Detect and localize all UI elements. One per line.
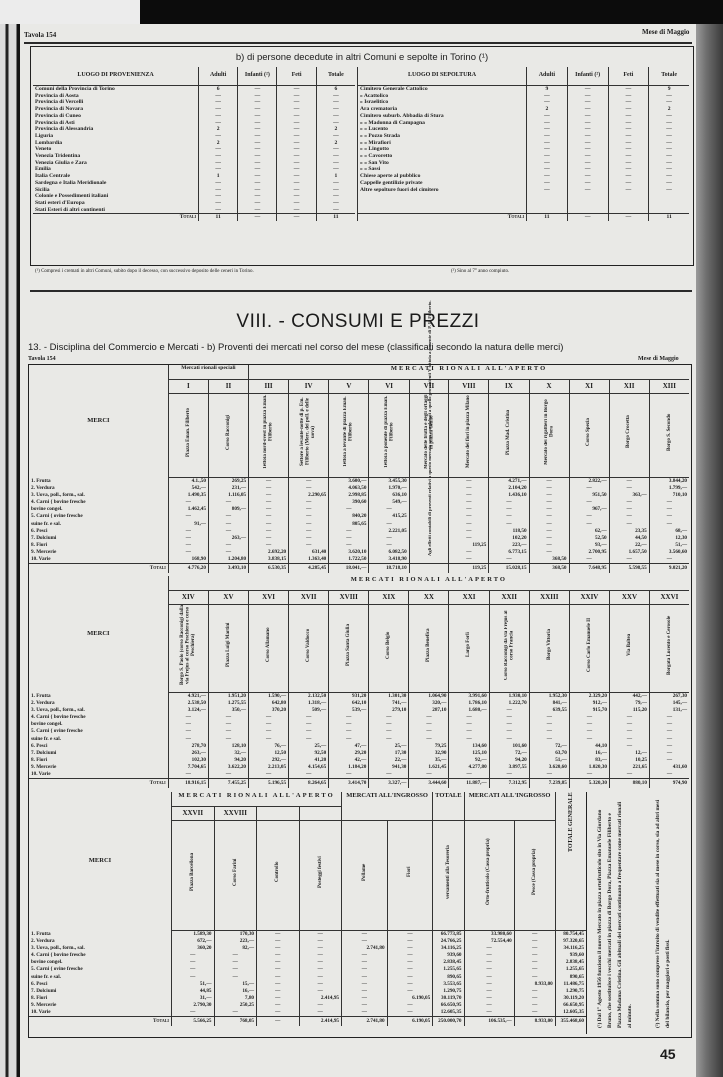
market-number: XXIV xyxy=(570,591,609,605)
cell-value: 134,60 xyxy=(449,743,489,750)
cell-value: — xyxy=(316,187,355,194)
cell-value: — xyxy=(289,528,329,535)
cell-value: 22,— xyxy=(609,542,649,549)
provenance-table: LUOGO DI PROVENIENZA Adulti Infanti (²) … xyxy=(33,67,355,221)
cell-value: 94,20 xyxy=(208,757,248,764)
row-label: Stati Esteri di altri continenti xyxy=(33,207,199,214)
table-row: 9. Mercerie——2.692,20631,403.620,106.082… xyxy=(29,549,689,556)
total-value: 368,50 xyxy=(529,564,569,574)
cell-value: — xyxy=(609,743,649,750)
table-row: Altre sepolture fuori del cimitero———— xyxy=(358,187,690,194)
cell-value: — xyxy=(299,1009,342,1017)
col-feti: Feti xyxy=(277,67,316,86)
cell-value: — xyxy=(529,492,569,499)
cell-value: — xyxy=(609,478,649,486)
market-name: Borgata Lucento e Cerosole xyxy=(667,605,673,685)
market-name: Pollame xyxy=(362,821,368,923)
cell-value: — xyxy=(609,736,649,743)
cell-value: — xyxy=(342,1009,388,1017)
cell-value: 890,65 xyxy=(433,974,464,981)
market-name: Corso Allamano xyxy=(266,605,272,685)
cell-value: 9 xyxy=(649,86,689,93)
cell-value: — xyxy=(567,133,608,140)
cell-value: 3.455,30 xyxy=(369,478,409,486)
table-row: » » Lingotto———— xyxy=(358,146,690,153)
cell-value: 1.590,— xyxy=(249,693,289,701)
cell-value: 2.538,50 xyxy=(168,700,208,707)
cell-value: — xyxy=(257,995,300,1002)
cell-value: — xyxy=(316,153,355,160)
cell-value: — xyxy=(649,556,689,564)
cell-value: — xyxy=(527,166,568,173)
cell-value: — xyxy=(608,99,649,106)
table-row: 4. Carni { bovine fresche————————————— xyxy=(29,714,689,721)
cell-value: — xyxy=(277,187,316,194)
totals-row: Totali5.566,25768,05—2.414,952.741,806.1… xyxy=(29,1017,586,1027)
totals-row: Totali11——11 xyxy=(358,214,690,221)
row-label: » » Pozzo Strada xyxy=(358,133,527,140)
cell-value: — xyxy=(329,542,369,549)
cell-value: — xyxy=(514,966,555,973)
table-row: 3. Uova, poll., form., sal.360,2082,———2… xyxy=(29,945,586,952)
total-value: 11 xyxy=(649,214,689,221)
cell-value: 1 xyxy=(199,173,238,180)
cell-value: — xyxy=(649,750,689,757)
cell-value: — xyxy=(208,513,248,520)
row-label: Venezia Tridentina xyxy=(33,153,199,160)
cell-value: — xyxy=(649,99,689,106)
cell-value: — xyxy=(208,499,248,506)
cell-value: — xyxy=(649,187,689,194)
cell-value: — xyxy=(238,113,277,120)
merci-label: 9. Mercerie xyxy=(29,1002,172,1009)
cell-value: — xyxy=(299,1002,342,1009)
merci-label: 3. Uova, poll., form., sal. xyxy=(29,492,168,499)
market-number: II xyxy=(209,380,248,394)
cell-value: — xyxy=(608,160,649,167)
table-row: 7. Dolciumi—263,——————102,20—52,5044,501… xyxy=(29,535,689,542)
cell-value: — xyxy=(649,173,689,180)
cell-value: 119,25 xyxy=(449,542,489,549)
row-label: » » Cavoretto xyxy=(358,153,527,160)
cell-value: — xyxy=(238,93,277,100)
cell-value: — xyxy=(387,974,433,981)
cell-value: 10,25 xyxy=(609,757,649,764)
row-label: Provincia di Novara xyxy=(33,106,199,113)
market-name: Piazza Luigi Martini xyxy=(226,605,232,685)
cell-value: — xyxy=(238,106,277,113)
market-name: Piazza Santa Giulia xyxy=(346,605,352,685)
cell-value: — xyxy=(199,99,238,106)
table-row: bovine congel.1.462,45809,————————967,——… xyxy=(29,506,689,513)
cell-value: — xyxy=(289,506,329,513)
row-label: Stati esteri d'Europa xyxy=(33,200,199,207)
cell-value: 841,— xyxy=(529,700,569,707)
cell-value: 360,20 xyxy=(172,945,215,952)
cell-value: — xyxy=(277,200,316,207)
market-number: XIII xyxy=(650,380,689,394)
cell-value: — xyxy=(649,743,689,750)
cell-value: — xyxy=(569,485,609,492)
merci-label: 1. Frutta xyxy=(29,693,168,701)
cell-value: 115,20 xyxy=(609,707,649,714)
cell-value: — xyxy=(608,187,649,194)
side-notes: (¹) Dal 1° Agosto 1956 funziona il nuovo… xyxy=(586,792,689,1034)
cell-value: 368,50 xyxy=(529,556,569,564)
cell-value: — xyxy=(608,153,649,160)
table-row: Sardegna e Italia Meridionale———— xyxy=(33,180,355,187)
cell-value: 131,— xyxy=(649,707,689,714)
cell-value: — xyxy=(342,995,388,1002)
cell-value: 805,65 xyxy=(329,521,369,528)
cell-value: 6.082,50 xyxy=(369,549,409,556)
cell-value: — xyxy=(569,771,609,779)
cell-value: — xyxy=(316,166,355,173)
cell-value: — xyxy=(569,714,609,721)
row-label: Ara crematoria xyxy=(358,106,527,113)
cell-value: — xyxy=(449,736,489,743)
cell-value: — xyxy=(369,728,409,735)
cell-value: — xyxy=(449,714,489,721)
market-table-3: MERCIMERCATI RIONALI ALL'APERTOMERCATI A… xyxy=(29,792,589,1026)
cell-value: — xyxy=(409,714,449,721)
cell-value: — xyxy=(369,542,409,549)
cell-value: — xyxy=(387,1009,433,1017)
cell-value: — xyxy=(208,714,248,721)
cell-value: — xyxy=(514,952,555,959)
cell-value: — xyxy=(238,166,277,173)
table-row: 10. Varie————————————— xyxy=(29,771,689,779)
total-value: 8.264,65 xyxy=(289,779,329,789)
market-name: Borgo Crocetta xyxy=(626,394,632,470)
cell-value: — xyxy=(567,140,608,147)
total-value: 4.285,45 xyxy=(289,564,329,574)
merci-label: 4. Carni { bovine fresche xyxy=(29,714,168,721)
section-subtitle: 13. - Disciplina del Commercio e Mercati… xyxy=(28,342,563,353)
row-label: Provincia di Alessandria xyxy=(33,126,199,133)
cell-value: 2.700,95 xyxy=(569,549,609,556)
cell-value: — xyxy=(529,721,569,728)
cell-value: — xyxy=(257,938,300,945)
cell-value: 941,30 xyxy=(369,764,409,771)
cell-value: — xyxy=(449,521,489,528)
cell-value: 3.620,60 xyxy=(529,764,569,771)
merci-label: 5. Carni { ovine fresche xyxy=(29,966,172,973)
totals-row: Totali11——11 xyxy=(33,214,355,221)
cell-value: — xyxy=(529,542,569,549)
footnote-2: (²) Sino al 7° anno compiuto. xyxy=(451,269,509,274)
cell-value: — xyxy=(609,521,649,528)
cell-value: — xyxy=(369,506,409,513)
table-row: 3. Uova, poll., form., sal.1.490,351.116… xyxy=(29,492,689,499)
cell-value: — xyxy=(608,133,649,140)
total-value: 4.776,20 xyxy=(168,564,208,574)
table-row: » » Cavoretto———— xyxy=(358,153,690,160)
total-value: 7.239,85 xyxy=(529,779,569,789)
cell-value: 68,— xyxy=(649,528,689,535)
cell-value: — xyxy=(249,506,289,513)
cell-value: — xyxy=(387,952,433,959)
cell-value: — xyxy=(449,528,489,535)
cell-value: — xyxy=(249,521,289,528)
total-value: 5.566,25 xyxy=(172,1017,215,1027)
cell-value: 29,20 xyxy=(329,750,369,757)
table-row: Provincia di Aosta———— xyxy=(33,93,355,100)
cell-value: — xyxy=(168,728,208,735)
market-name: Posteggi festivi xyxy=(318,821,324,923)
cell-value: — xyxy=(299,938,342,945)
cell-value: — xyxy=(464,966,514,973)
cell-value: — xyxy=(329,506,369,513)
cell-value: — xyxy=(369,714,409,721)
cell-value: 350,— xyxy=(208,707,248,714)
section-title: VIII. - CONSUMI E PREZZI xyxy=(20,311,696,333)
totale-generale-header: TOTALE GENERALE xyxy=(568,792,575,852)
cell-value: 17,30 xyxy=(369,750,409,757)
cell-value: — xyxy=(289,721,329,728)
cell-value: — xyxy=(199,106,238,113)
cell-value: — xyxy=(369,535,409,542)
scan-left-binding xyxy=(0,24,20,1077)
cell-value: — xyxy=(299,945,342,952)
cell-value: — xyxy=(342,981,388,988)
cell-value: — xyxy=(649,771,689,779)
cell-value: 1.621,45 xyxy=(409,764,449,771)
market-name: Corso Carlo Emanuele II xyxy=(587,605,593,685)
merci-label: suine fr. e sal. xyxy=(29,521,168,528)
cell-value: 1.970,— xyxy=(369,485,409,492)
cell-value: 279,10 xyxy=(369,707,409,714)
cell-value: — xyxy=(249,535,289,542)
cell-value: 2 xyxy=(199,140,238,147)
total-value: — xyxy=(608,214,649,221)
cell-value: — xyxy=(649,146,689,153)
cell-value: — xyxy=(527,180,568,187)
burial-table-title: b) di persone decedute in altri Comuni e… xyxy=(31,52,693,63)
cell-value: — xyxy=(489,499,529,506)
total-value: 250.000,70 xyxy=(433,1017,464,1027)
market-number xyxy=(257,807,299,821)
cell-value: — xyxy=(527,120,568,127)
cell-value: — xyxy=(449,556,489,564)
cell-value: — xyxy=(257,959,300,966)
cell-value: 672,— xyxy=(172,938,215,945)
cell-value: — xyxy=(316,113,355,120)
market-name: Corso Belgio xyxy=(386,605,392,685)
cell-value: — xyxy=(249,528,289,535)
market-number: V xyxy=(329,380,368,394)
totals-label: Totali xyxy=(358,214,527,221)
cell-value: — xyxy=(449,506,489,513)
cell-value: — xyxy=(567,180,608,187)
totals-row: Totali4.776,203.493,106.530,354.285,4518… xyxy=(29,564,689,574)
cell-value: — xyxy=(449,728,489,735)
table-row: Cimitero Generale Cattolico9——9 xyxy=(358,86,690,93)
cell-value: — xyxy=(608,93,649,100)
market-number: XI xyxy=(570,380,609,394)
cell-value: 2.741,80 xyxy=(342,945,388,952)
row-label: Cimitero suburb. Abbadia di Stura xyxy=(358,113,527,120)
cell-value: 1.116,05 xyxy=(208,492,248,499)
cell-value: — xyxy=(238,160,277,167)
cell-value: — xyxy=(257,1002,300,1009)
cell-value: — xyxy=(199,180,238,187)
row-label: » » Lucento xyxy=(358,126,527,133)
row-label: » » Lingotto xyxy=(358,146,527,153)
cell-value: 415,25 xyxy=(369,513,409,520)
cell-value: — xyxy=(249,499,289,506)
cell-value: 263,— xyxy=(168,750,208,757)
cell-value: — xyxy=(527,187,568,194)
cell-value: — xyxy=(238,200,277,207)
cell-value: — xyxy=(608,86,649,93)
total-value: 18.041,— xyxy=(329,564,369,574)
market-number: XVI xyxy=(249,591,288,605)
cell-value: 41,20 xyxy=(289,757,329,764)
total-value: 3.414,70 xyxy=(329,779,369,789)
table-row: 7. Dolciumi263,—32,—12,5092,5029,2017,30… xyxy=(29,750,689,757)
cell-value: — xyxy=(249,542,289,549)
market-name: Borgo S. Paolo (corso Racconigi dalla vi… xyxy=(180,605,197,685)
table-row: » » Mirafiori———— xyxy=(358,140,690,147)
table-row: Lombardia2——2 xyxy=(33,140,355,147)
table-row: 10. Varie——————12.605,35——12.605,35 xyxy=(29,1009,586,1017)
cell-value: — xyxy=(527,99,568,106)
cell-value: — xyxy=(199,193,238,200)
merci-label: bovine congel. xyxy=(29,506,168,513)
cell-value: — xyxy=(316,200,355,207)
cell-value: 287,10 xyxy=(409,707,449,714)
cell-value: — xyxy=(567,106,608,113)
total-value: 11.887,— xyxy=(449,779,489,789)
total-value: 7.455,25 xyxy=(208,779,248,789)
cell-value: — xyxy=(277,160,316,167)
cell-value: 30.119,70 xyxy=(433,995,464,1002)
total-value: 11 xyxy=(199,214,238,221)
cell-value: — xyxy=(249,478,289,486)
market-name: Via Baltea xyxy=(627,605,633,685)
cell-value: 15,— xyxy=(214,981,257,988)
table-row: » » San Vito———— xyxy=(358,160,690,167)
col-adulti: Adulti xyxy=(527,67,568,86)
cell-value: 92,50 xyxy=(289,750,329,757)
cell-value: — xyxy=(316,93,355,100)
cell-value: 51,— xyxy=(649,542,689,549)
row-label: Provincia di Asti xyxy=(33,120,199,127)
cell-value: 631,40 xyxy=(289,549,329,556)
scan-top-margin xyxy=(0,0,723,24)
cell-value: — xyxy=(489,521,529,528)
cell-value: 93,— xyxy=(569,542,609,549)
market-name: Piazza Eman. Filiberto xyxy=(186,394,192,470)
cell-value: — xyxy=(527,153,568,160)
total-value: 2.741,80 xyxy=(342,1017,388,1027)
cell-value: — xyxy=(342,966,388,973)
cell-value: — xyxy=(529,549,569,556)
market-number: XXIII xyxy=(530,591,569,605)
table-row: suine fr. e sal.————————————— xyxy=(29,736,689,743)
market-name: Pesce (Cassa propria) xyxy=(532,821,538,923)
cell-value: 97.320,65 xyxy=(555,938,586,945)
cell-value: 1.930,10 xyxy=(489,693,529,701)
market-number: XXV xyxy=(610,591,649,605)
table-row: Provincia di Alessandria2——2 xyxy=(33,126,355,133)
table-row: 9. Mercerie7.704,653.622,202.213,054.154… xyxy=(29,764,689,771)
cell-value: — xyxy=(238,187,277,194)
row-label: Liguria xyxy=(33,133,199,140)
cell-value: — xyxy=(214,966,257,973)
cell-value: — xyxy=(257,1009,300,1017)
market-name: Piazza Benefica xyxy=(426,605,432,685)
cell-value: — xyxy=(527,133,568,140)
merci-header: MERCI xyxy=(29,365,168,478)
row-label: » » San Vito xyxy=(358,160,527,167)
cell-value: — xyxy=(609,714,649,721)
table-row: » Israelitico———— xyxy=(358,99,690,106)
cell-value: 22,— xyxy=(369,757,409,764)
total-value xyxy=(409,564,449,574)
cell-value: — xyxy=(567,86,608,93)
cell-value: — xyxy=(567,120,608,127)
cell-value: — xyxy=(527,140,568,147)
market-number: XVIII xyxy=(329,591,368,605)
cell-value: 102,30 xyxy=(168,757,208,764)
row-label: Provincia di Cuneo xyxy=(33,113,199,120)
market-number: XIX xyxy=(369,591,408,605)
market-name: Corso Farini xyxy=(233,821,239,923)
total-value: — xyxy=(277,214,316,221)
cell-value: — xyxy=(277,193,316,200)
cell-value: — xyxy=(529,528,569,535)
cell-value: — xyxy=(649,126,689,133)
cell-value: 3.600,— xyxy=(329,478,369,486)
cell-value: 4.921,— xyxy=(168,693,208,701)
cell-value: — xyxy=(199,166,238,173)
cell-value: 390,60 xyxy=(329,499,369,506)
cell-value: — xyxy=(464,952,514,959)
cell-value: 2.414,95 xyxy=(299,995,342,1002)
cell-value: — xyxy=(199,133,238,140)
merci-label: 9. Mercerie xyxy=(29,549,168,556)
burial-table: b) di persone decedute in altri Comuni e… xyxy=(30,46,694,266)
cell-value: — xyxy=(199,146,238,153)
table-row: 2. Verdura672,—223,—————24.766,2572.554,… xyxy=(29,938,586,945)
merci-label: 2. Verdura xyxy=(29,938,172,945)
merci-label: 6. Pesci xyxy=(29,528,168,535)
cell-value: — xyxy=(249,714,289,721)
cell-value: — xyxy=(449,771,489,779)
market-number: XVII xyxy=(289,591,328,605)
cell-value: 72,— xyxy=(529,743,569,750)
cell-value: — xyxy=(342,988,388,995)
total-value: 3.444,60 xyxy=(409,779,449,789)
cell-value: — xyxy=(172,974,215,981)
cell-value: — xyxy=(342,952,388,959)
table-row: Provincia di Vercelli———— xyxy=(33,99,355,106)
merci-label: 1. Frutta xyxy=(29,931,172,939)
market-number: VIII xyxy=(449,380,488,394)
cell-value: — xyxy=(199,120,238,127)
merci-label: 7. Dolciumi xyxy=(29,535,168,542)
cell-value: — xyxy=(529,521,569,528)
group-open: MERCATI RIONALI ALL'APERTO xyxy=(172,792,342,806)
cell-value: 4.277,80 xyxy=(449,764,489,771)
cell-value: — xyxy=(249,721,289,728)
cell-value: — xyxy=(214,1009,257,1017)
market-number: XXVI xyxy=(650,591,689,605)
cell-value: 370,20 xyxy=(249,707,289,714)
cell-value: — xyxy=(316,207,355,214)
